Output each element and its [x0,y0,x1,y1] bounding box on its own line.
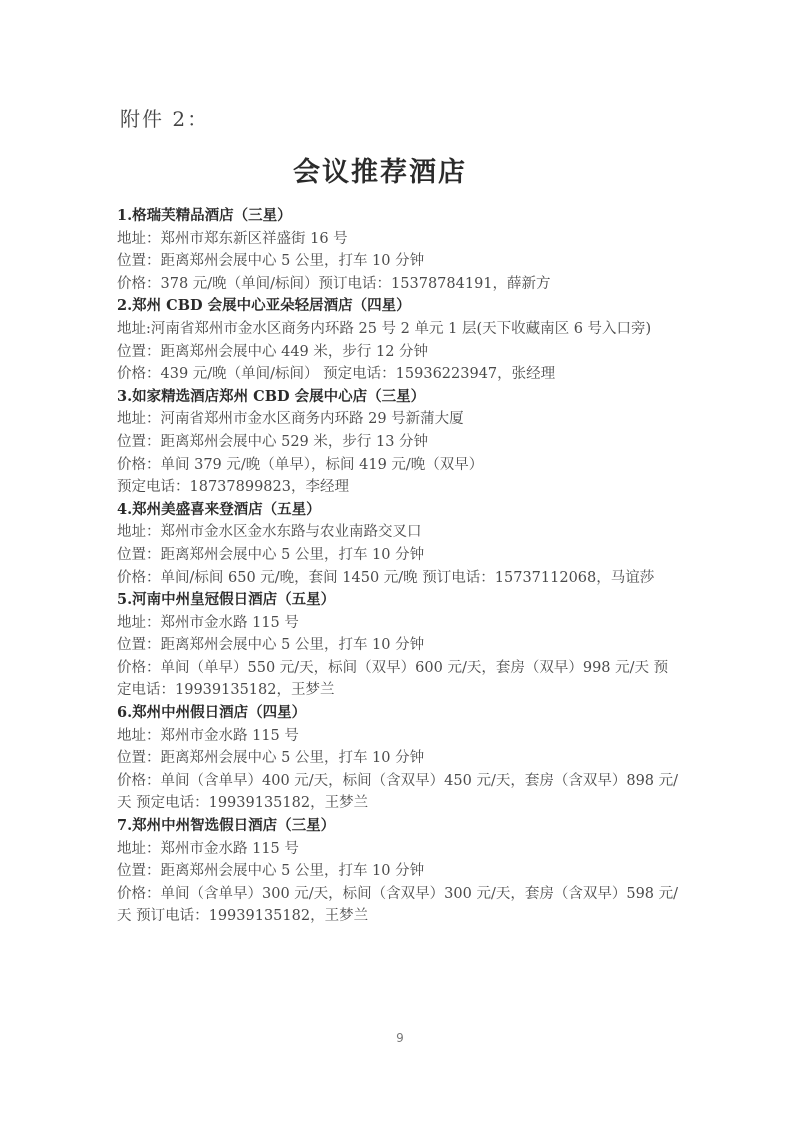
hotel-name: 2.郑州 CBD 会展中心亚朵轻居酒店（四星） [117,295,682,318]
hotel-entry: 5.河南中州皇冠假日酒店（五星） 地址：郑州市金水路 115 号 位置：距离郑州… [117,589,682,702]
hotel-address: 地址:河南省郑州市金水区商务内环路 25 号 2 单元 1 层(天下收藏南区 6… [117,318,682,341]
hotel-location: 位置：距离郑州会展中心 5 公里，打车 10 分钟 [117,250,682,273]
hotel-price: 价格：439 元/晚（单间/标间） 预定电话：15936223947，张经理 [117,363,682,386]
hotel-price: 价格：单间（单早）550 元/天，标间（双早）600 元/天，套房（双早）998… [117,657,682,702]
hotel-location: 位置：距离郑州会展中心 5 公里，打车 10 分钟 [117,860,682,883]
hotel-name: 5.河南中州皇冠假日酒店（五星） [117,589,682,612]
hotel-address: 地址：郑州市金水路 115 号 [117,612,682,635]
hotel-entry: 2.郑州 CBD 会展中心亚朵轻居酒店（四星） 地址:河南省郑州市金水区商务内环… [117,295,682,385]
hotel-address: 地址：郑州市金水区金水东路与农业南路交叉口 [117,521,682,544]
hotel-entry: 6.郑州中州假日酒店（四星） 地址：郑州市金水路 115 号 位置：距离郑州会展… [117,702,682,815]
hotel-phone: 预定电话：18737899823，李经理 [117,476,682,499]
hotel-name: 4.郑州美盛喜来登酒店（五星） [117,499,682,522]
hotel-price: 价格：单间（含单早）400 元/天，标间（含双早）450 元/天，套房（含双早）… [117,770,682,815]
hotel-name: 3.如家精选酒店郑州 CBD 会展中心店（三星） [117,386,682,409]
hotel-name: 7.郑州中州智选假日酒店（三星） [117,815,682,838]
hotel-location: 位置：距离郑州会展中心 529 米，步行 13 分钟 [117,431,682,454]
page-title: 会议推荐酒店 [0,150,760,189]
hotel-price: 价格：378 元/晚（单间/标间）预订电话：15378784191，薛新方 [117,273,682,296]
hotel-address: 地址：郑州市金水路 115 号 [117,838,682,861]
hotel-price: 价格：单间（含单早）300 元/天，标间（含双早）300 元/天，套房（含双早）… [117,883,682,928]
hotel-location: 位置：距离郑州会展中心 5 公里，打车 10 分钟 [117,747,682,770]
hotel-location: 位置：距离郑州会展中心 5 公里，打车 10 分钟 [117,544,682,567]
hotel-address: 地址：郑州市金水路 115 号 [117,725,682,748]
document-page: 附件 2： 会议推荐酒店 1.格瑞芙精品酒店（三星） 地址：郑州市郑东新区祥盛街… [0,0,800,1132]
hotel-price: 价格：单间/标间 650 元/晚，套间 1450 元/晚 预订电话：157371… [117,567,682,590]
hotel-location: 位置：距离郑州会展中心 449 米，步行 12 分钟 [117,341,682,364]
hotel-location: 位置：距离郑州会展中心 5 公里，打车 10 分钟 [117,634,682,657]
hotel-price: 价格：单间 379 元/晚（单早），标间 419 元/晚（双早） [117,454,682,477]
hotel-entry: 1.格瑞芙精品酒店（三星） 地址：郑州市郑东新区祥盛街 16 号 位置：距离郑州… [117,205,682,295]
page-number: 9 [0,1031,800,1045]
hotel-entry: 4.郑州美盛喜来登酒店（五星） 地址：郑州市金水区金水东路与农业南路交叉口 位置… [117,499,682,589]
hotel-entry: 3.如家精选酒店郑州 CBD 会展中心店（三星） 地址：河南省郑州市金水区商务内… [117,386,682,499]
hotel-name: 1.格瑞芙精品酒店（三星） [117,205,682,228]
attachment-label: 附件 2： [120,103,209,132]
hotel-entry: 7.郑州中州智选假日酒店（三星） 地址：郑州市金水路 115 号 位置：距离郑州… [117,815,682,928]
hotel-address: 地址：郑州市郑东新区祥盛街 16 号 [117,228,682,251]
hotel-name: 6.郑州中州假日酒店（四星） [117,702,682,725]
hotel-address: 地址：河南省郑州市金水区商务内环路 29 号新蒲大厦 [117,408,682,431]
hotel-list: 1.格瑞芙精品酒店（三星） 地址：郑州市郑东新区祥盛街 16 号 位置：距离郑州… [117,205,682,928]
